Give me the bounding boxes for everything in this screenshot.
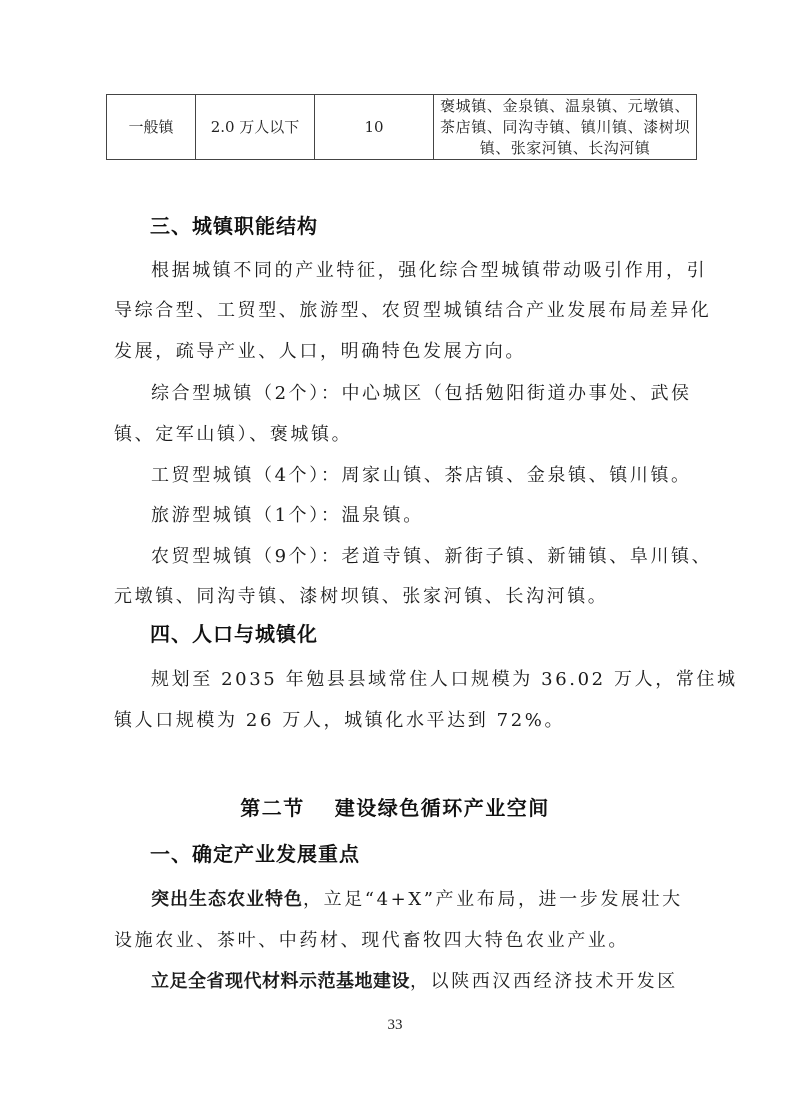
text-run: ，以陕西汉西经济技术开发区	[410, 971, 678, 992]
town-size-table: 一般镇 2.0 万人以下 10 褒城镇、金泉镇、温泉镇、元墩镇、茶店镇、同沟寺镇…	[106, 94, 697, 160]
paragraph-line: 导综合型、工贸型、旅游型、农贸型城镇结合产业发展布局差异化	[114, 296, 690, 322]
towns-cell: 褒城镇、金泉镇、温泉镇、元墩镇、茶店镇、同沟寺镇、镇川镇、漆树坝镇、张家河镇、长…	[434, 95, 697, 160]
paragraph-line: 镇、定军山镇）、褒城镇。	[114, 420, 690, 446]
paragraph-line: 镇人口规模为 26 万人，城镇化水平达到 72%。	[114, 706, 690, 732]
text-run: ，立足“4+X”产业布局，进一步发展壮大	[303, 889, 683, 910]
paragraph-line: 元墩镇、同沟寺镇、漆树坝镇、张家河镇、长沟河镇。	[114, 582, 690, 608]
subsection-heading: 一、确定产业发展重点	[150, 838, 360, 867]
paragraph-line: 突出生态农业特色，立足“4+X”产业布局，进一步发展壮大	[151, 885, 727, 911]
section-heading-population: 四、人口与城镇化	[150, 618, 318, 647]
population-cell: 2.0 万人以下	[196, 95, 315, 160]
chapter-name: 建设绿色循环产业空间	[335, 796, 550, 820]
paragraph-line: 设施农业、茶叶、中药材、现代畜牧四大特色农业产业。	[114, 926, 690, 952]
paragraph-line: 规划至 2035 年勉县县域常住人口规模为 36.02 万人，常住城	[151, 665, 727, 691]
chapter-title: 第二节建设绿色循环产业空间	[0, 792, 790, 821]
paragraph-line: 立足全省现代材料示范基地建设，以陕西汉西经济技术开发区	[151, 967, 727, 993]
town-type-cell: 一般镇	[107, 95, 196, 160]
paragraph-line: 农贸型城镇（9个）：老道寺镇、新街子镇、新铺镇、阜川镇、	[151, 542, 727, 568]
section-heading-function-structure: 三、城镇职能结构	[150, 210, 318, 239]
paragraph-line: 工贸型城镇（4个）：周家山镇、茶店镇、金泉镇、镇川镇。	[151, 461, 727, 487]
table-row: 一般镇 2.0 万人以下 10 褒城镇、金泉镇、温泉镇、元墩镇、茶店镇、同沟寺镇…	[107, 95, 697, 160]
chapter-label: 第二节	[240, 796, 305, 820]
paragraph-line: 发展，疏导产业、人口，明确特色发展方向。	[114, 337, 690, 363]
page-number: 33	[0, 1017, 790, 1034]
document-page: 一般镇 2.0 万人以下 10 褒城镇、金泉镇、温泉镇、元墩镇、茶店镇、同沟寺镇…	[0, 0, 790, 1118]
paragraph-line: 根据城镇不同的产业特征，强化综合型城镇带动吸引作用，引	[151, 256, 727, 282]
bold-phrase: 突出生态农业特色	[151, 889, 303, 910]
count-cell: 10	[315, 95, 434, 160]
bold-phrase: 立足全省现代材料示范基地建设	[151, 971, 410, 992]
paragraph-line: 综合型城镇（2个）：中心城区（包括勉阳街道办事处、武侯	[151, 379, 727, 405]
paragraph-line: 旅游型城镇（1个）：温泉镇。	[151, 501, 727, 527]
